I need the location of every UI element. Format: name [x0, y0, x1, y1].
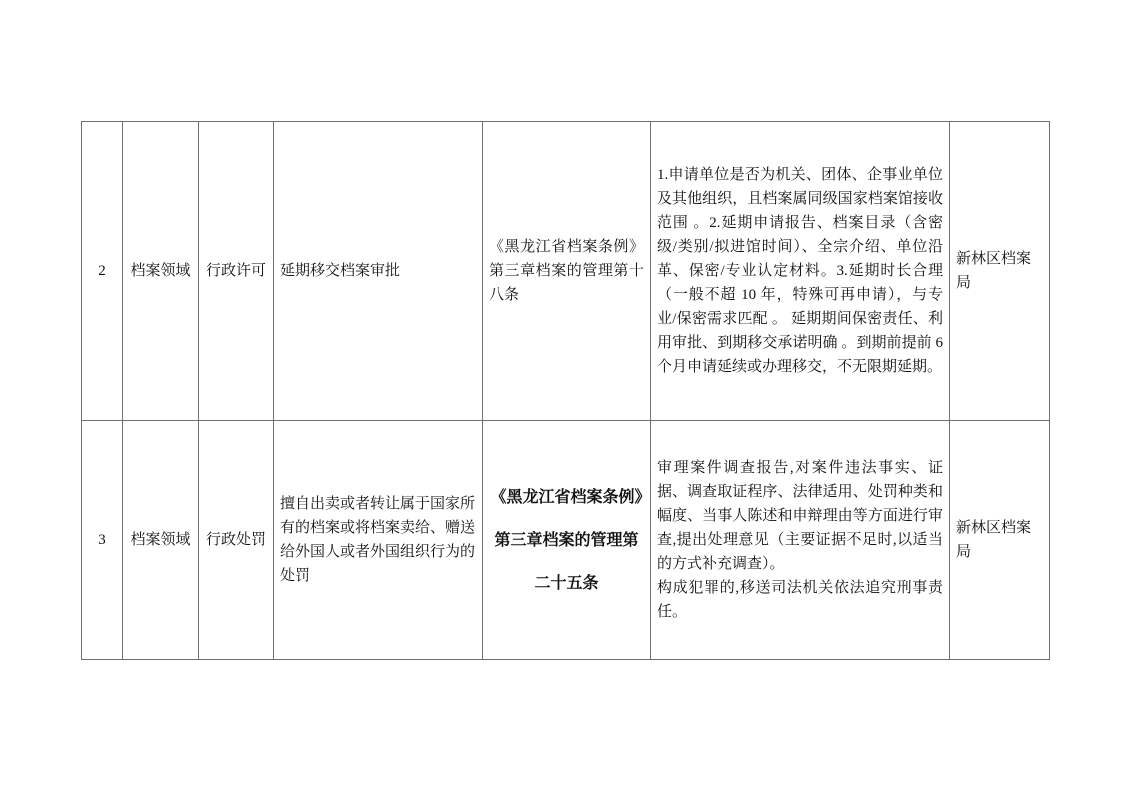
- power-type-cell: 行政处罚: [199, 421, 274, 660]
- legal-basis-cell: 《黑龙江省档案条例》第三章档案的管理第二十五条: [483, 421, 651, 660]
- review-criteria-cell: 审理案件调查报告,对案件违法事实、证据、调查取证程序、法律适用、处罚种类和幅度、…: [651, 421, 950, 660]
- authority-cell: 新林区档案局: [950, 421, 1050, 660]
- review-paragraph: 审理案件调查报告,对案件违法事实、证据、调查取证程序、法律适用、处罚种类和幅度、…: [657, 456, 943, 576]
- item-name-cell: 擅自出卖或者转让属于国家所有的档案或将档案卖给、赠送给外国人或者外国组织行为的处…: [274, 421, 483, 660]
- row-number: 3: [82, 421, 123, 660]
- field-cell: 档案领域: [123, 421, 199, 660]
- review-paragraph: 构成犯罪的,移送司法机关依法追究刑事责任。: [657, 576, 943, 624]
- field-cell: 档案领域: [123, 122, 199, 421]
- approval-items-table: 2 档案领域 行政许可 延期移交档案审批 《黑龙江省档案条例》第三章档案的管理第…: [81, 121, 1050, 660]
- table-row: 3 档案领域 行政处罚 擅自出卖或者转让属于国家所有的档案或将档案卖给、赠送给外…: [82, 421, 1050, 660]
- table-row: 2 档案领域 行政许可 延期移交档案审批 《黑龙江省档案条例》第三章档案的管理第…: [82, 122, 1050, 421]
- item-name-cell: 延期移交档案审批: [274, 122, 483, 421]
- review-paragraph: 1.申请单位是否为机关、团体、企事业单位及其他组织，且档案属同级国家档案馆接收范…: [657, 163, 943, 379]
- document-page: 2 档案领域 行政许可 延期移交档案审批 《黑龙江省档案条例》第三章档案的管理第…: [0, 0, 1122, 793]
- legal-basis-cell: 《黑龙江省档案条例》第三章档案的管理第十八条: [483, 122, 651, 421]
- row-number: 2: [82, 122, 123, 421]
- review-criteria-cell: 1.申请单位是否为机关、团体、企事业单位及其他组织，且档案属同级国家档案馆接收范…: [651, 122, 950, 421]
- authority-cell: 新林区档案局: [950, 122, 1050, 421]
- power-type-cell: 行政许可: [199, 122, 274, 421]
